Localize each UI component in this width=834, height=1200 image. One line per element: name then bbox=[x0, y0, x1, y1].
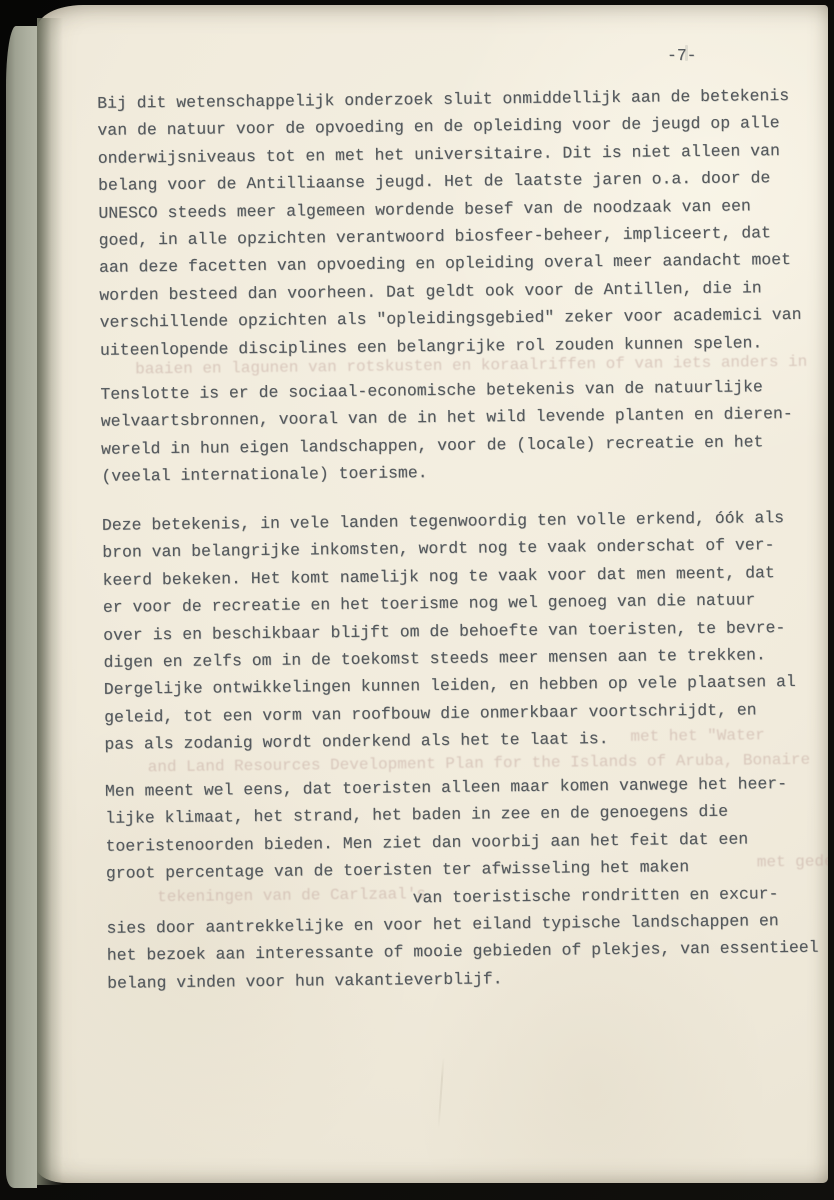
document-page: -7- baaien en lagunen van rotskusten en … bbox=[37, 5, 828, 1183]
paragraph-1: Bij dit wetenschappelijk onderzoek sluit… bbox=[97, 82, 802, 364]
paragraph-2: Tenslotte is er de sociaal-economische b… bbox=[100, 373, 793, 490]
paragraph-4: Men meent wel eens, dat toeristen alleen… bbox=[105, 770, 819, 997]
paragraph-3: Deze betekenis, in vele landen tegenwoor… bbox=[102, 504, 797, 758]
book-spine-page-edge bbox=[6, 26, 37, 1188]
scan-background: -7- baaien en lagunen van rotskusten en … bbox=[0, 0, 834, 1200]
typewritten-text-block: Bij dit wetenschappelijk onderzoek sluit… bbox=[96, 5, 828, 1183]
